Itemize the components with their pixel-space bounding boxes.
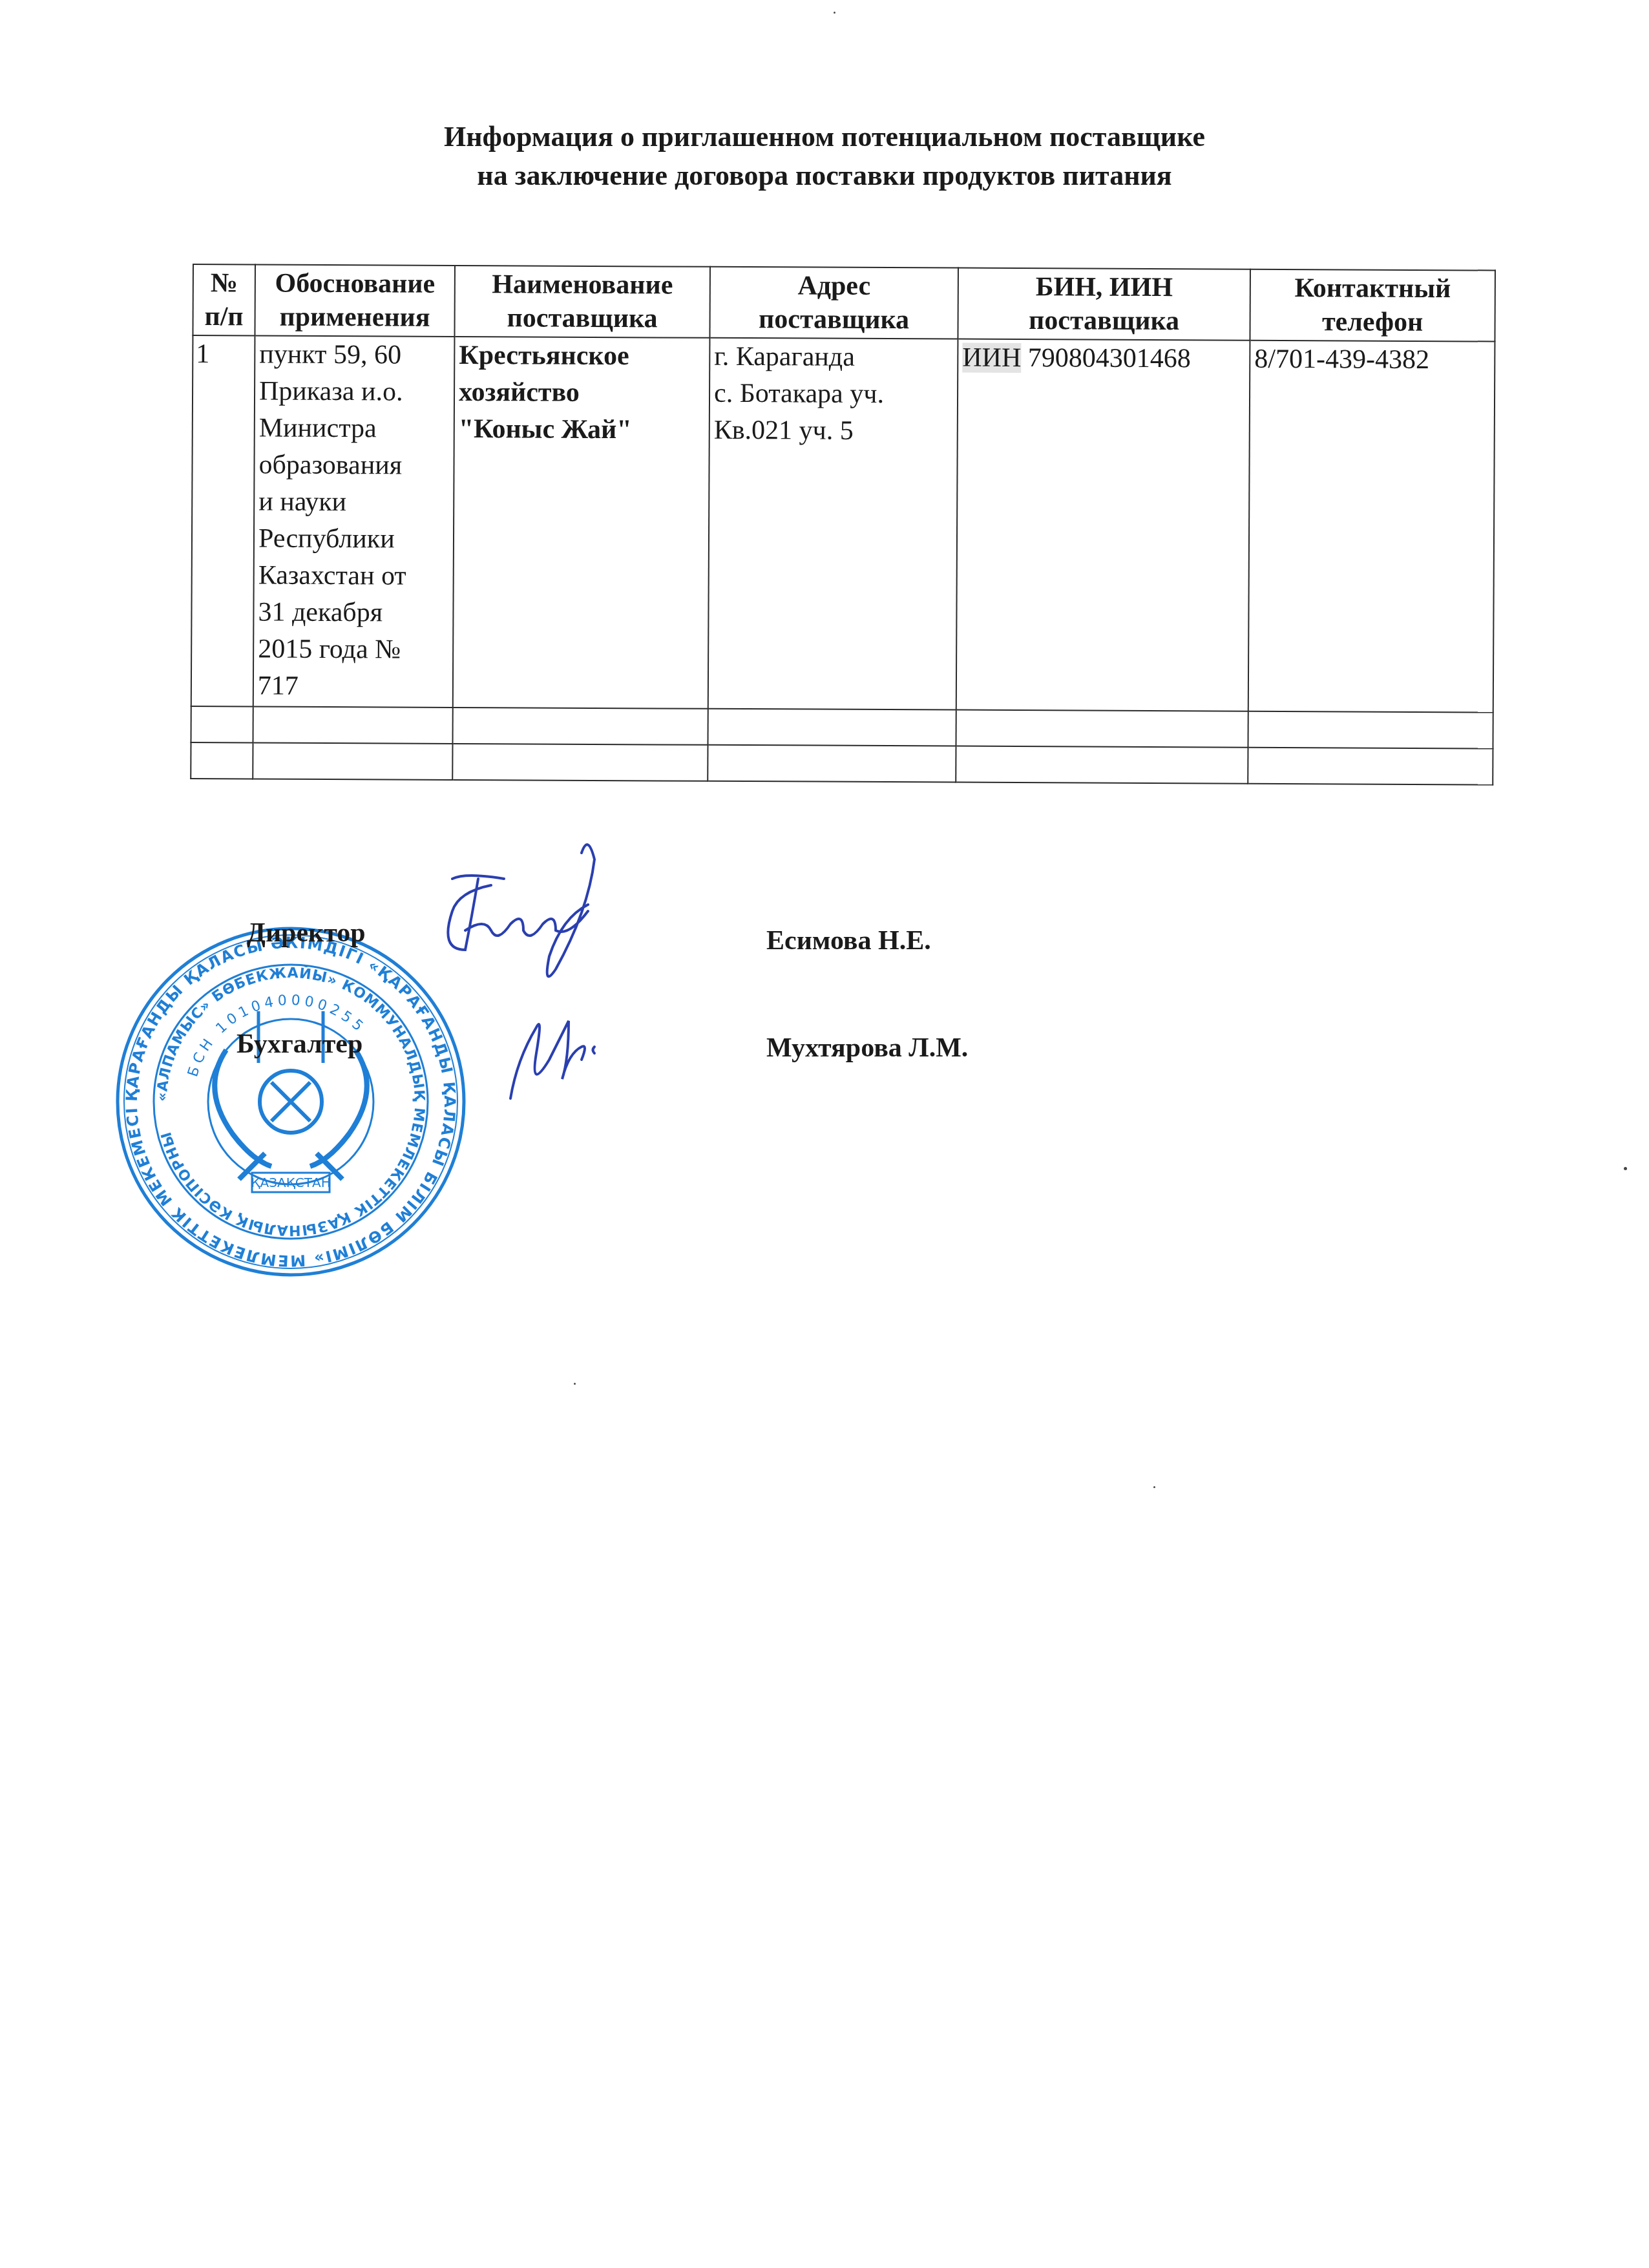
- iin-value: 790804301468: [1028, 343, 1191, 373]
- title-line-1: Информация о приглашенном потенциальном …: [0, 118, 1649, 156]
- header-address: Адреспоставщика: [709, 267, 958, 339]
- header-number: №п/п: [193, 264, 255, 335]
- scan-speck: [1153, 1486, 1155, 1488]
- scan-speck: [834, 12, 835, 14]
- director-name: Есимова Н.Е.: [766, 925, 931, 956]
- document-title: Информация о приглашенном потенциальном …: [0, 118, 1649, 195]
- title-line-2: на заключение договора поставки продукто…: [0, 156, 1649, 195]
- cell-basis: пункт 59, 60 Приказа и.о. Министра образ…: [253, 335, 455, 707]
- cell-phone: 8/701-439-4382: [1248, 341, 1495, 713]
- table-header-row: №п/п Обоснованиеприменения Наименованиеп…: [193, 264, 1495, 341]
- cell-bin-iin: ИИН 790804301468: [956, 339, 1250, 711]
- scan-speck: [574, 1383, 576, 1385]
- director-label: Директор: [247, 918, 366, 949]
- accountant-signature: [491, 1008, 633, 1105]
- supplier-table: №п/п Обоснованиеприменения Наименованиеп…: [190, 264, 1496, 785]
- accountant-label: Бухгалтер: [236, 1029, 362, 1060]
- iin-label: ИИН: [962, 343, 1021, 373]
- cell-supplier-name: Крестьянское хозяйство "Коныс Жай": [453, 337, 710, 709]
- header-phone: Контактныйтелефон: [1250, 269, 1495, 342]
- scan-speck: [1624, 1167, 1627, 1170]
- header-basis: Обоснованиеприменения: [255, 264, 455, 336]
- table-row-empty: [191, 706, 1493, 748]
- cell-number: 1: [191, 335, 255, 706]
- accountant-name: Мухтярова Л.М.: [766, 1033, 968, 1064]
- svg-text:ҚАЗАҚСТАН: ҚАЗАҚСТАН: [251, 1175, 331, 1190]
- table-row-empty: [191, 742, 1493, 784]
- header-supplier-name: Наименованиепоставщика: [454, 266, 710, 338]
- header-bin-iin: БИН, ИИНпоставщика: [958, 268, 1250, 341]
- cell-address: г. Караганда с. Ботакара уч. Кв.021 уч. …: [708, 338, 958, 710]
- table-row: 1 пункт 59, 60 Приказа и.о. Министра обр…: [191, 335, 1495, 712]
- director-signature: [388, 840, 685, 989]
